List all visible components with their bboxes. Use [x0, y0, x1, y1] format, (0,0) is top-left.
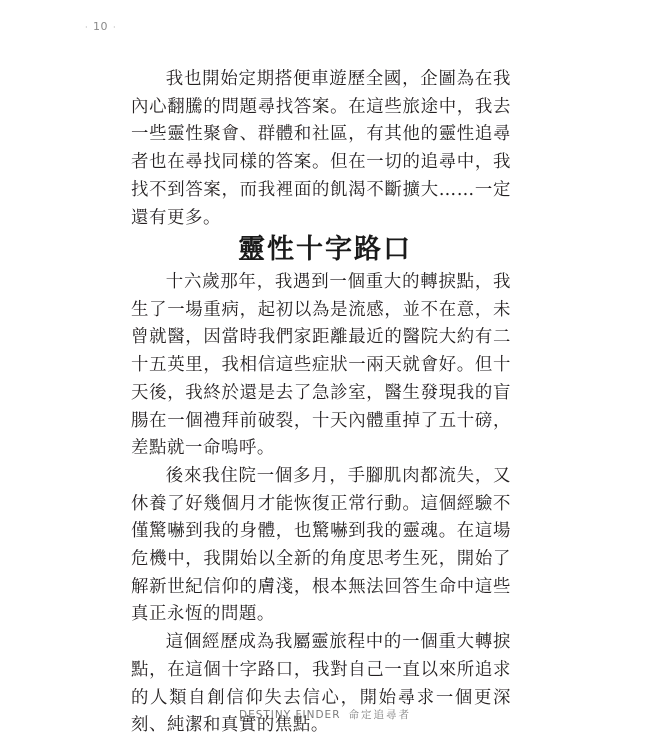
body-paragraph: 後來我住院一個多月，手腳肌肉都流失，又休養了好幾個月才能恢復正常行動。這個經驗不… — [131, 463, 511, 629]
page-number-dot-left: · — [85, 23, 88, 32]
section-heading: 靈性十字路口 — [0, 227, 650, 266]
section-text-block: 十六歲那年，我遇到一個重大的轉捩點，我生了一場重病，起初以為是流感，並不在意，未… — [131, 269, 511, 740]
page-number-dot-right: · — [113, 23, 116, 32]
intro-text-block: 我也開始定期搭便車遊歷全國，企圖為在我內心翻騰的問題尋找答案。在這些旅途中，我去… — [131, 66, 511, 232]
body-paragraph: 這個經歷成為我屬靈旅程中的一個重大轉捩點，在這個十字路口，我對自己一直以來所追求… — [131, 629, 511, 740]
book-title-english: DESTINY FINDER — [239, 709, 341, 721]
running-footer: DESTINY FINDER命定追尋者 — [0, 707, 650, 722]
page-number-value: 10 — [93, 20, 108, 33]
body-paragraph: 我也開始定期搭便車遊歷全國，企圖為在我內心翻騰的問題尋找答案。在這些旅途中，我去… — [131, 66, 511, 232]
page-number: ·10· — [80, 20, 121, 33]
body-paragraph: 十六歲那年，我遇到一個重大的轉捩點，我生了一場重病，起初以為是流感，並不在意，未… — [131, 269, 511, 463]
book-title-chinese: 命定追尋者 — [349, 709, 412, 721]
